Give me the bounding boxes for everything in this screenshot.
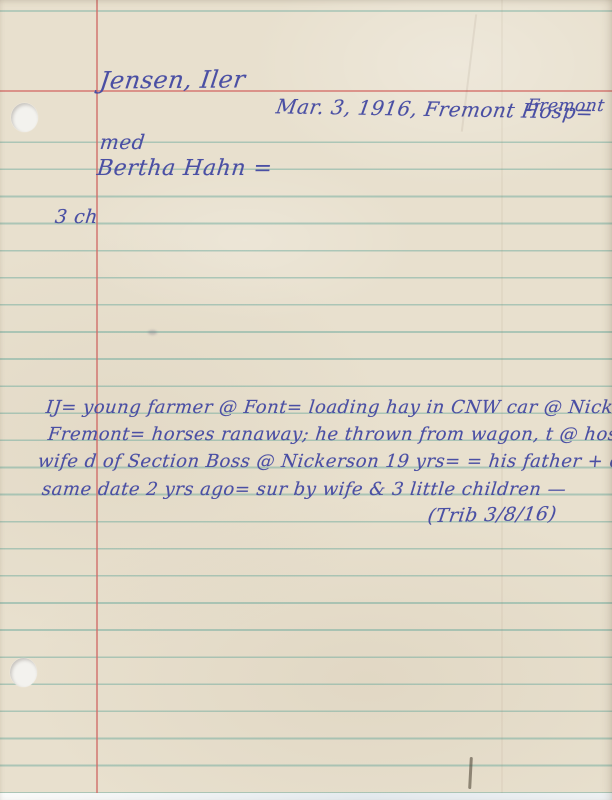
source-citation-entry: (Trib 3/8/16) [426,503,558,527]
obit-body-line: wife d of Section Boss @ Nickerson 19 yr… [37,451,612,472]
top-rule-line [0,10,612,12]
scanned-note-page: Jensen, Iler Mar. 3, 1916, Fremont Hosp=… [0,0,612,800]
obit-body-line: same date 2 yrs ago= sur by wife & 3 lit… [41,479,567,500]
surname-entry: Jensen, Iler [98,65,247,94]
obit-body-line: IJ= young farmer @ Font= loading hay in … [45,397,612,418]
county-entry: Fremont [526,96,606,116]
red-header-rule [0,90,612,92]
punch-hole-bottom [10,658,37,687]
children-count-entry: 3 ch [54,206,99,228]
spouse-entry: Bertha Hahn = [96,156,274,181]
married-label-entry: med [99,130,147,154]
obit-body-line: Fremont= horses ranaway; he thrown from … [47,424,612,445]
punch-hole-top [11,103,38,132]
